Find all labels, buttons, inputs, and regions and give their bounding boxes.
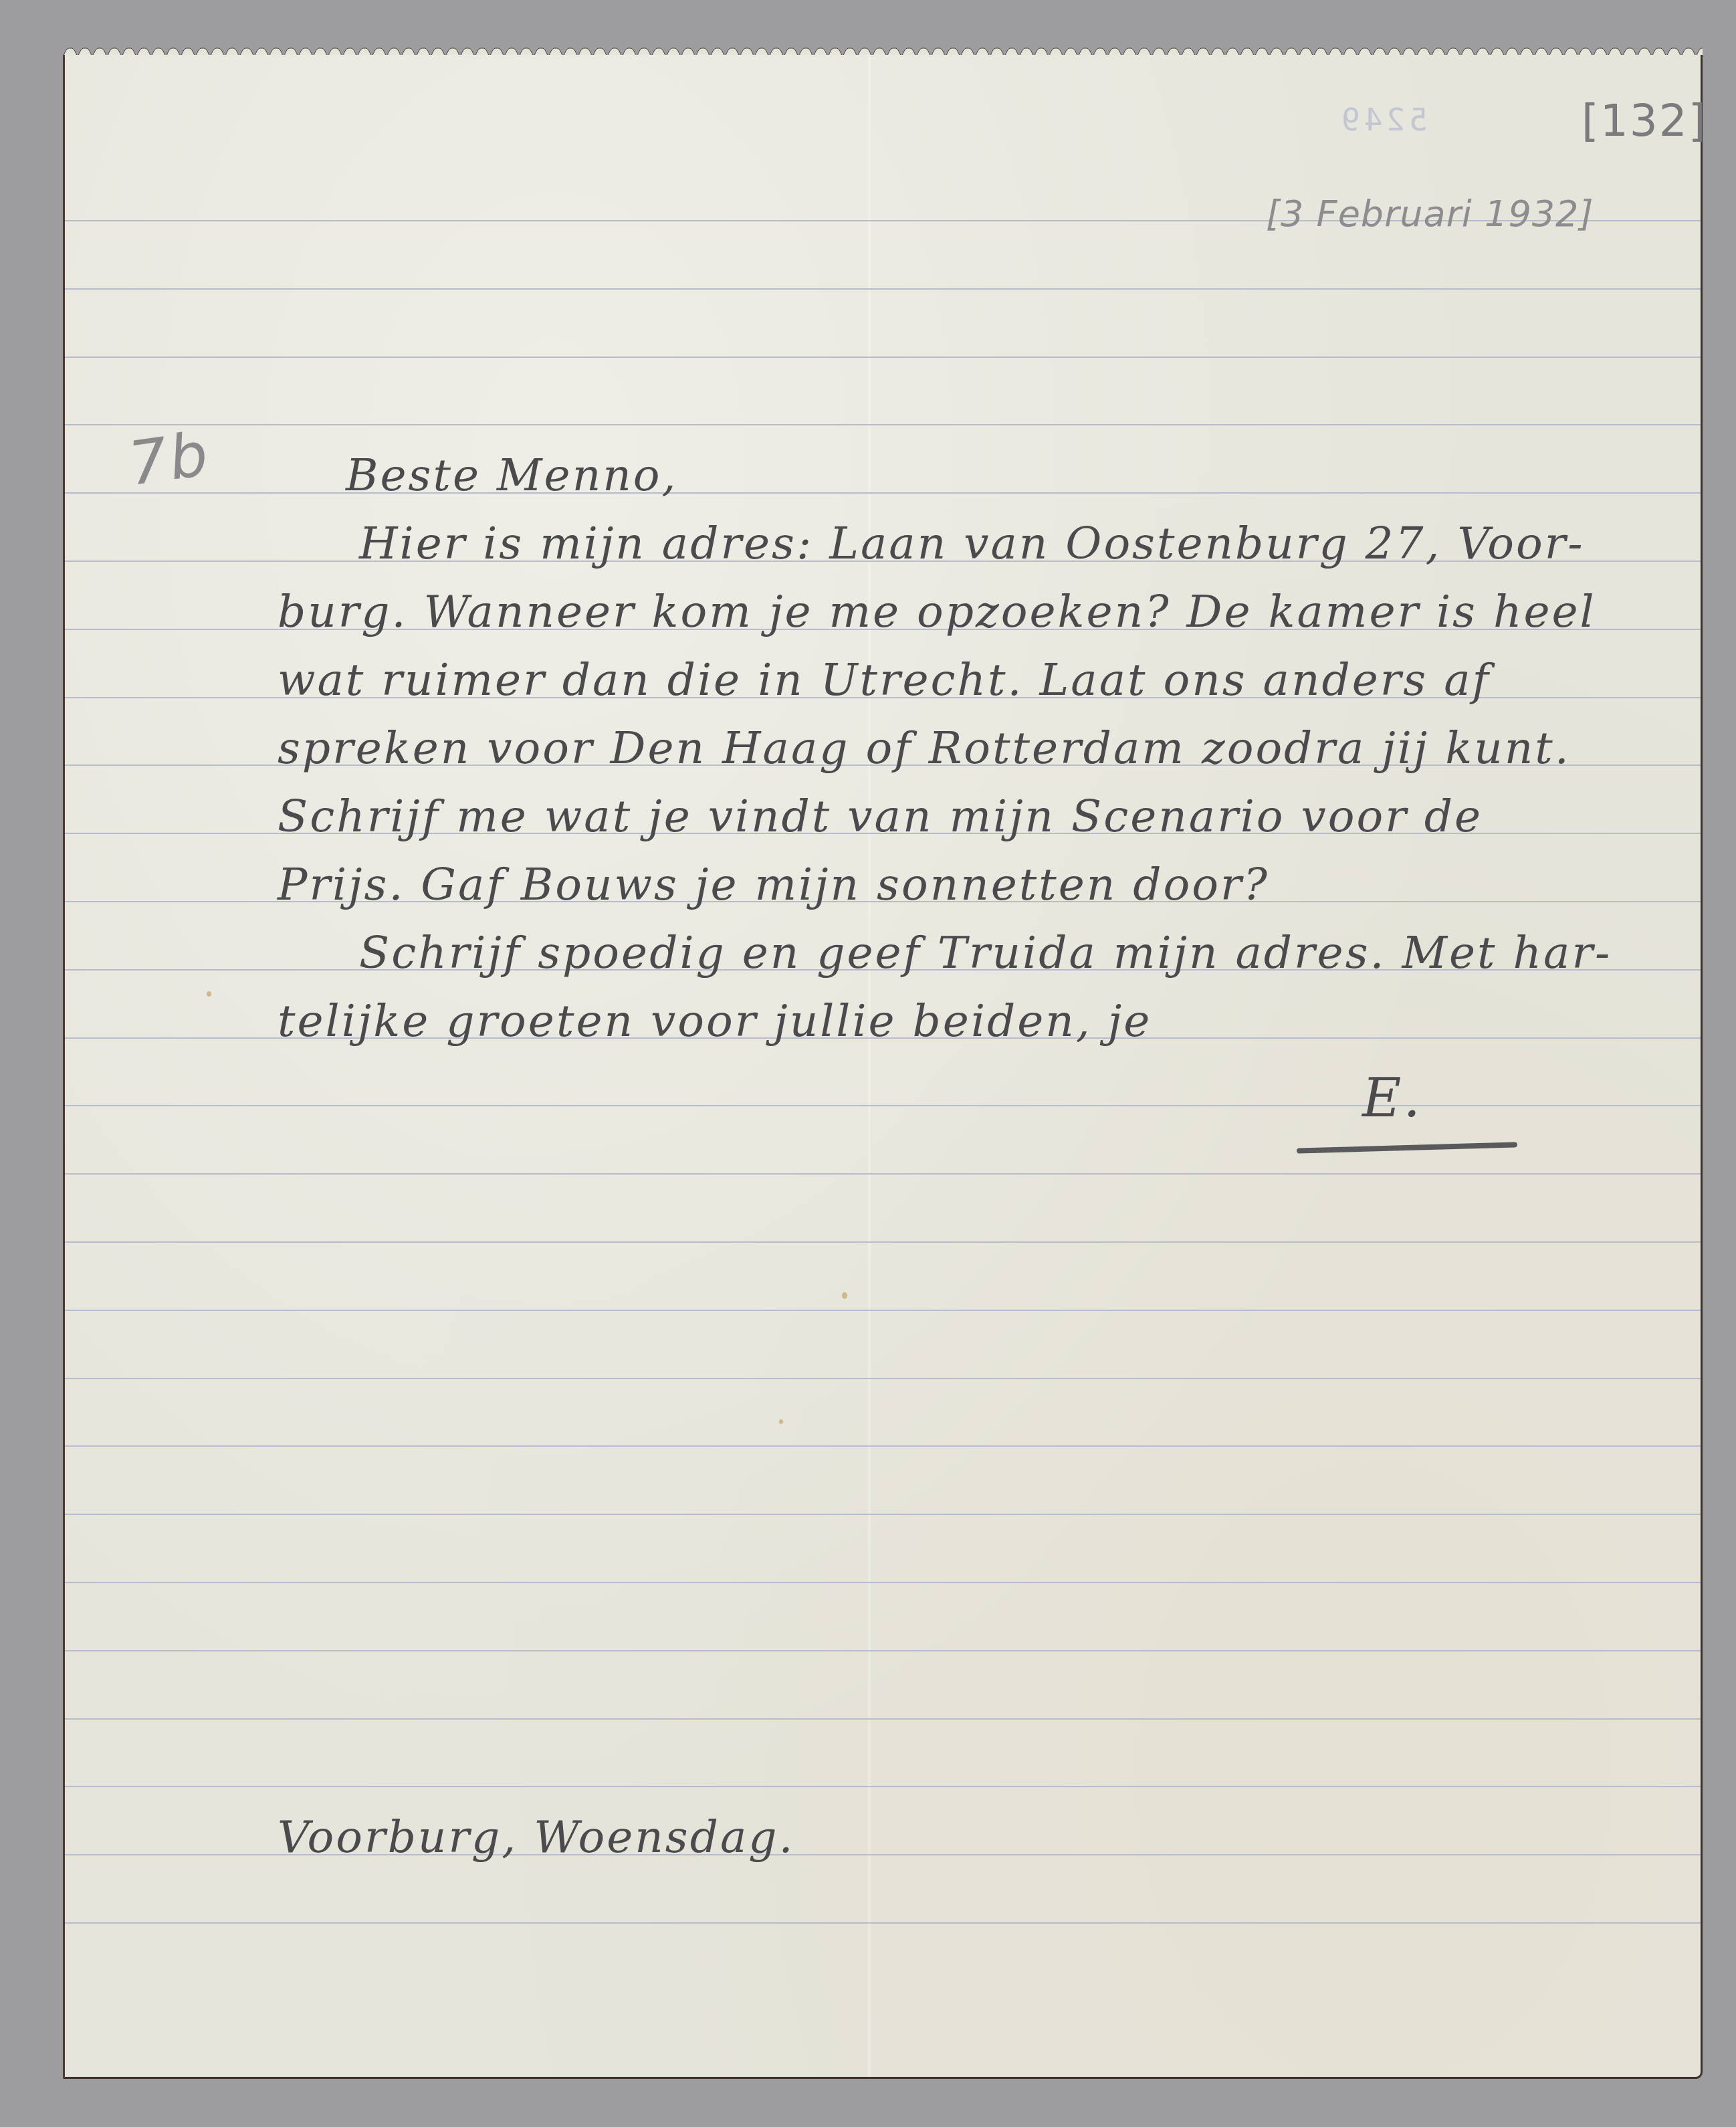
foxing-spot xyxy=(779,1419,783,1424)
ruled-line xyxy=(65,1718,1701,1720)
letter-line: Schrijf spoedig en geef Truida mijn adre… xyxy=(359,931,1612,975)
ruled-line xyxy=(65,1378,1701,1379)
foxing-spot xyxy=(207,991,211,997)
ruled-line xyxy=(65,1922,1701,1924)
margin-mark: 7b xyxy=(125,424,213,495)
foxing-spot xyxy=(842,1292,847,1299)
letter-line: telijke groeten voor jullie beiden, je xyxy=(278,999,1152,1043)
fold-crease xyxy=(867,55,871,2077)
letter-line: wat ruimer dan die in Utrecht. Laat ons … xyxy=(278,658,1491,702)
stamp-bleedthrough: 5249 xyxy=(1337,102,1428,138)
ruled-line xyxy=(65,288,1701,290)
ruled-line xyxy=(65,1650,1701,1651)
letter-page: 5249 [132] [3 Februari 1932] 7b Beste Me… xyxy=(63,55,1703,2079)
ruled-line xyxy=(65,1786,1701,1787)
ruled-line xyxy=(65,1173,1701,1175)
letter-line: Schrijf me wat je vindt van mijn Scenari… xyxy=(278,795,1483,839)
ruled-line xyxy=(65,1310,1701,1311)
signature: E. xyxy=(1362,1072,1422,1125)
archive-number: [132] xyxy=(1582,95,1707,146)
ruled-line xyxy=(65,492,1701,494)
ruled-line xyxy=(65,1514,1701,1515)
ruled-line xyxy=(65,1105,1701,1106)
date-annotation: [3 Februari 1932] xyxy=(1266,193,1594,235)
letter-line: Prijs. Gaf Bouws je mijn sonnetten door? xyxy=(278,863,1269,907)
letter-line: burg. Wanneer kom je me opzoeken? De kam… xyxy=(278,590,1596,634)
ruled-line xyxy=(65,1241,1701,1243)
letter-line: spreken voor Den Haag of Rotterdam zoodr… xyxy=(278,726,1571,771)
place-and-day: Voorburg, Woensdag. xyxy=(278,1815,795,1859)
ruled-line xyxy=(65,424,1701,425)
ruled-line xyxy=(65,1445,1701,1447)
signature-underline xyxy=(1297,1142,1517,1153)
letter-line: Hier is mijn adres: Laan van Oostenburg … xyxy=(359,522,1584,566)
ruled-line xyxy=(65,357,1701,358)
salutation: Beste Menno, xyxy=(346,453,677,498)
ruled-line xyxy=(65,1582,1701,1583)
